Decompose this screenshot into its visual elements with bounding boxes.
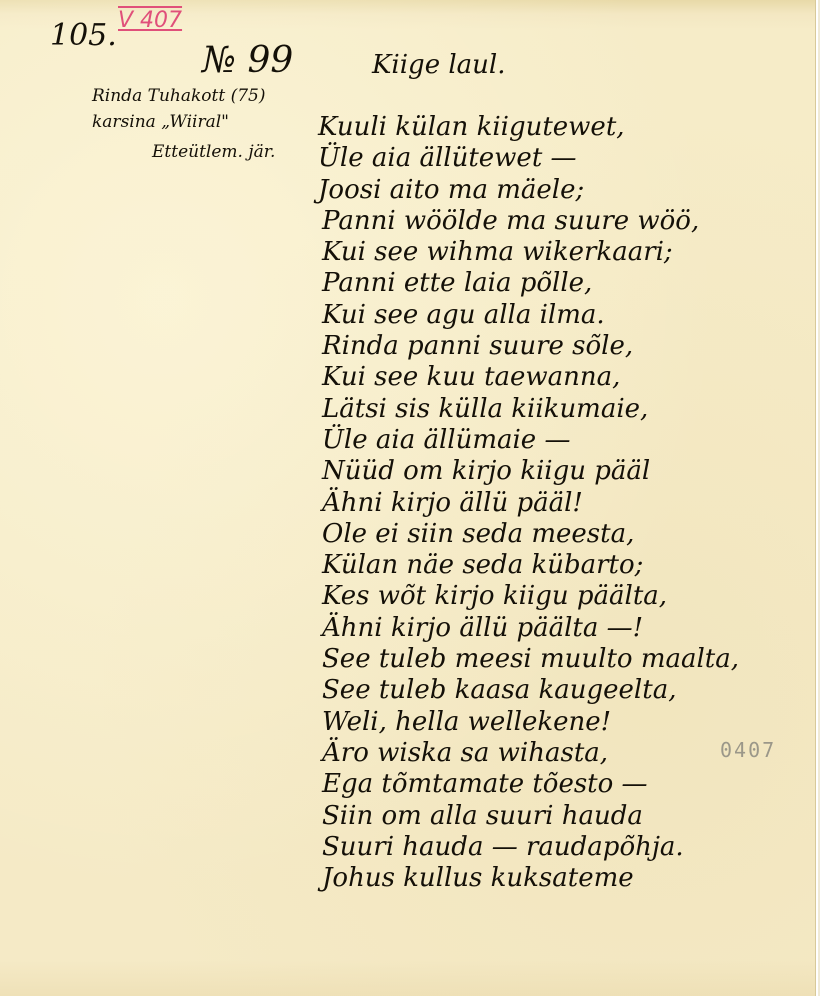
archive-stamp: 0407 <box>720 738 776 762</box>
poem-line: See tuleb kaasa kaugeelta, <box>318 675 739 706</box>
poem-number: № 99 <box>202 40 293 81</box>
poem-line: Rinda panni suure sõle, <box>318 331 739 362</box>
collection-mark: V 407 <box>118 8 182 33</box>
poem-title: Kiige laul. <box>372 50 506 80</box>
poem-line: Kui see agu alla ilma. <box>318 300 739 331</box>
poem-line: Üle aia ällümaie — <box>318 425 739 456</box>
poem-line: Ega tõmtamate tõesto — <box>318 769 739 800</box>
poem-line: Kes wõt kirjo kiigu päälta, <box>318 581 739 612</box>
informant-location: karsina „Wiiral" <box>92 112 229 132</box>
poem-line: Kui see kuu taewanna, <box>318 362 739 393</box>
poem-line: Panni wöölde ma suure wöö, <box>318 206 739 237</box>
manuscript-page: 105. V 407 № 99 Kiige laul. Rinda Tuhako… <box>0 0 816 996</box>
poem-line: Suuri hauda — raudapõhja. <box>318 832 739 863</box>
poem-line: Lätsi sis külla kiikumaie, <box>318 394 739 425</box>
archive-number: 105. <box>50 18 117 53</box>
poem-line: See tuleb meesi muulto maalta, <box>318 644 739 675</box>
informant-name: Rinda Tuhakott (75) <box>92 86 265 106</box>
poem-line: Kui see wihma wikerkaari; <box>318 237 739 268</box>
poem-line: Weli, hella wellekene! <box>318 707 739 738</box>
poem-line: Panni ette laia põlle, <box>318 268 739 299</box>
poem-line: Kuuli külan kiigutewet, <box>318 112 739 143</box>
poem-line: Ähni kirjo ällü päälta —! <box>318 613 739 644</box>
poem-line: Nüüd om kirjo kiigu pääl <box>318 456 739 487</box>
poem-line: Ähni kirjo ällü pääl! <box>318 488 739 519</box>
poem-line: Joosi aito ma mäele; <box>318 175 739 206</box>
poem-line: Üle aia ällütewet — <box>318 143 739 174</box>
poem-line: Äro wiska sa wihasta, <box>318 738 739 769</box>
poem-line: Külan näe seda kübarto; <box>318 550 739 581</box>
poem-line: Ole ei siin seda meesta, <box>318 519 739 550</box>
poem-text: Kuuli külan kiigutewet, Üle aia ällütewe… <box>318 112 739 894</box>
transcription-note: Etteütlem. jär. <box>152 142 275 162</box>
poem-line: Siin om alla suuri hauda <box>318 801 739 832</box>
poem-line: Johus kullus kuksateme <box>318 863 739 894</box>
